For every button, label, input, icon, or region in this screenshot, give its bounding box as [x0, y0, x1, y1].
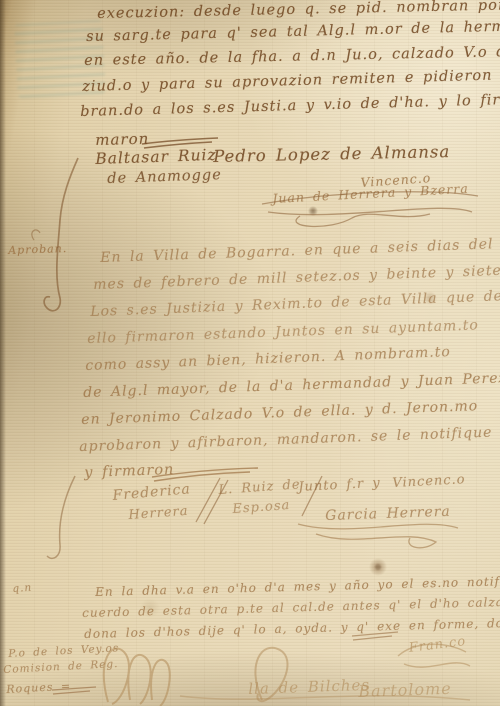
signature-paraph — [298, 524, 458, 548]
margin-bracket — [44, 158, 78, 311]
signature: Herrera — [128, 504, 189, 523]
margin-hook — [32, 230, 40, 240]
margin-note-approval: Aproban. — [8, 242, 67, 257]
signature: Esp.osa — [232, 498, 291, 517]
name-pedro-lopez-almansa: Pedro Lopez de Almansa — [213, 142, 450, 166]
manuscript-page: execuzion: desde luego q. se pid. nombra… — [0, 0, 500, 706]
manuscript-line: En la Villa de Bogarra. en que a seis di… — [100, 236, 494, 266]
manuscript-line: su sarg.te para q' sea tal Alg.l m.or de… — [86, 18, 500, 45]
manuscript-line: execuzion: desde luego q. se pid. nombra… — [97, 0, 500, 22]
signature: L. Ruiz de — [218, 477, 301, 498]
margin-bracket — [47, 476, 75, 558]
margin-note-small: q.n — [12, 582, 33, 595]
page-gutter-shadow — [0, 0, 6, 706]
manuscript-line: maron — [95, 130, 149, 149]
signature: Vincenc.o — [392, 472, 466, 491]
signature: Frederica — [112, 481, 191, 504]
margin-note-bottom: Roques = — [6, 680, 71, 696]
manuscript-line: mes de febrero de mill setez.os y beinte… — [93, 261, 500, 293]
signature-large: lla de Bilches — [248, 676, 370, 698]
manuscript-line: y firmaron — [84, 462, 175, 481]
manuscript-line: de Alg.l mayor, de la d'a hermandad y Ju… — [83, 370, 500, 401]
margin-note-bottom: P.o de los Vey.os — [8, 642, 120, 660]
signature: Junto f.r y — [298, 476, 381, 495]
manuscript-line: como assy an bien, hizieron. A nombram.t… — [85, 344, 451, 374]
name-baltasar-ruiz-line2: de Anamogge — [107, 167, 222, 187]
manuscript-line: aprobaron y afirbaron, mandaron. se le n… — [79, 425, 493, 455]
manuscript-line: En la dha v.a en o'ho d'a mes y año yo e… — [95, 573, 500, 599]
manuscript-line: Los s.es Justizia y Rexim.to de esta Vil… — [90, 288, 500, 320]
manuscript-line: en Jeronimo Calzado V.o de ella. y d. Je… — [81, 398, 478, 428]
manuscript-line: en este año. de la fha. a d.n Ju.o, calz… — [84, 43, 500, 69]
manuscript-line: ziud.o y para su aprovazion remiten e pi… — [82, 68, 493, 95]
signature-large: Bartolome — [358, 679, 452, 701]
signature-franco: Fran.co — [408, 634, 467, 656]
signature: Garcia Herrera — [325, 504, 451, 524]
margin-note-bottom: Comision de Reg. — [3, 658, 119, 676]
name-baltasar-ruiz: Baltasar Ruiz — [95, 146, 217, 168]
manuscript-line: ello firmaron estando Juntos en su ayunt… — [87, 317, 479, 347]
manuscript-line: bran.do a los s.es Justi.a y v.io de d'h… — [80, 92, 500, 120]
